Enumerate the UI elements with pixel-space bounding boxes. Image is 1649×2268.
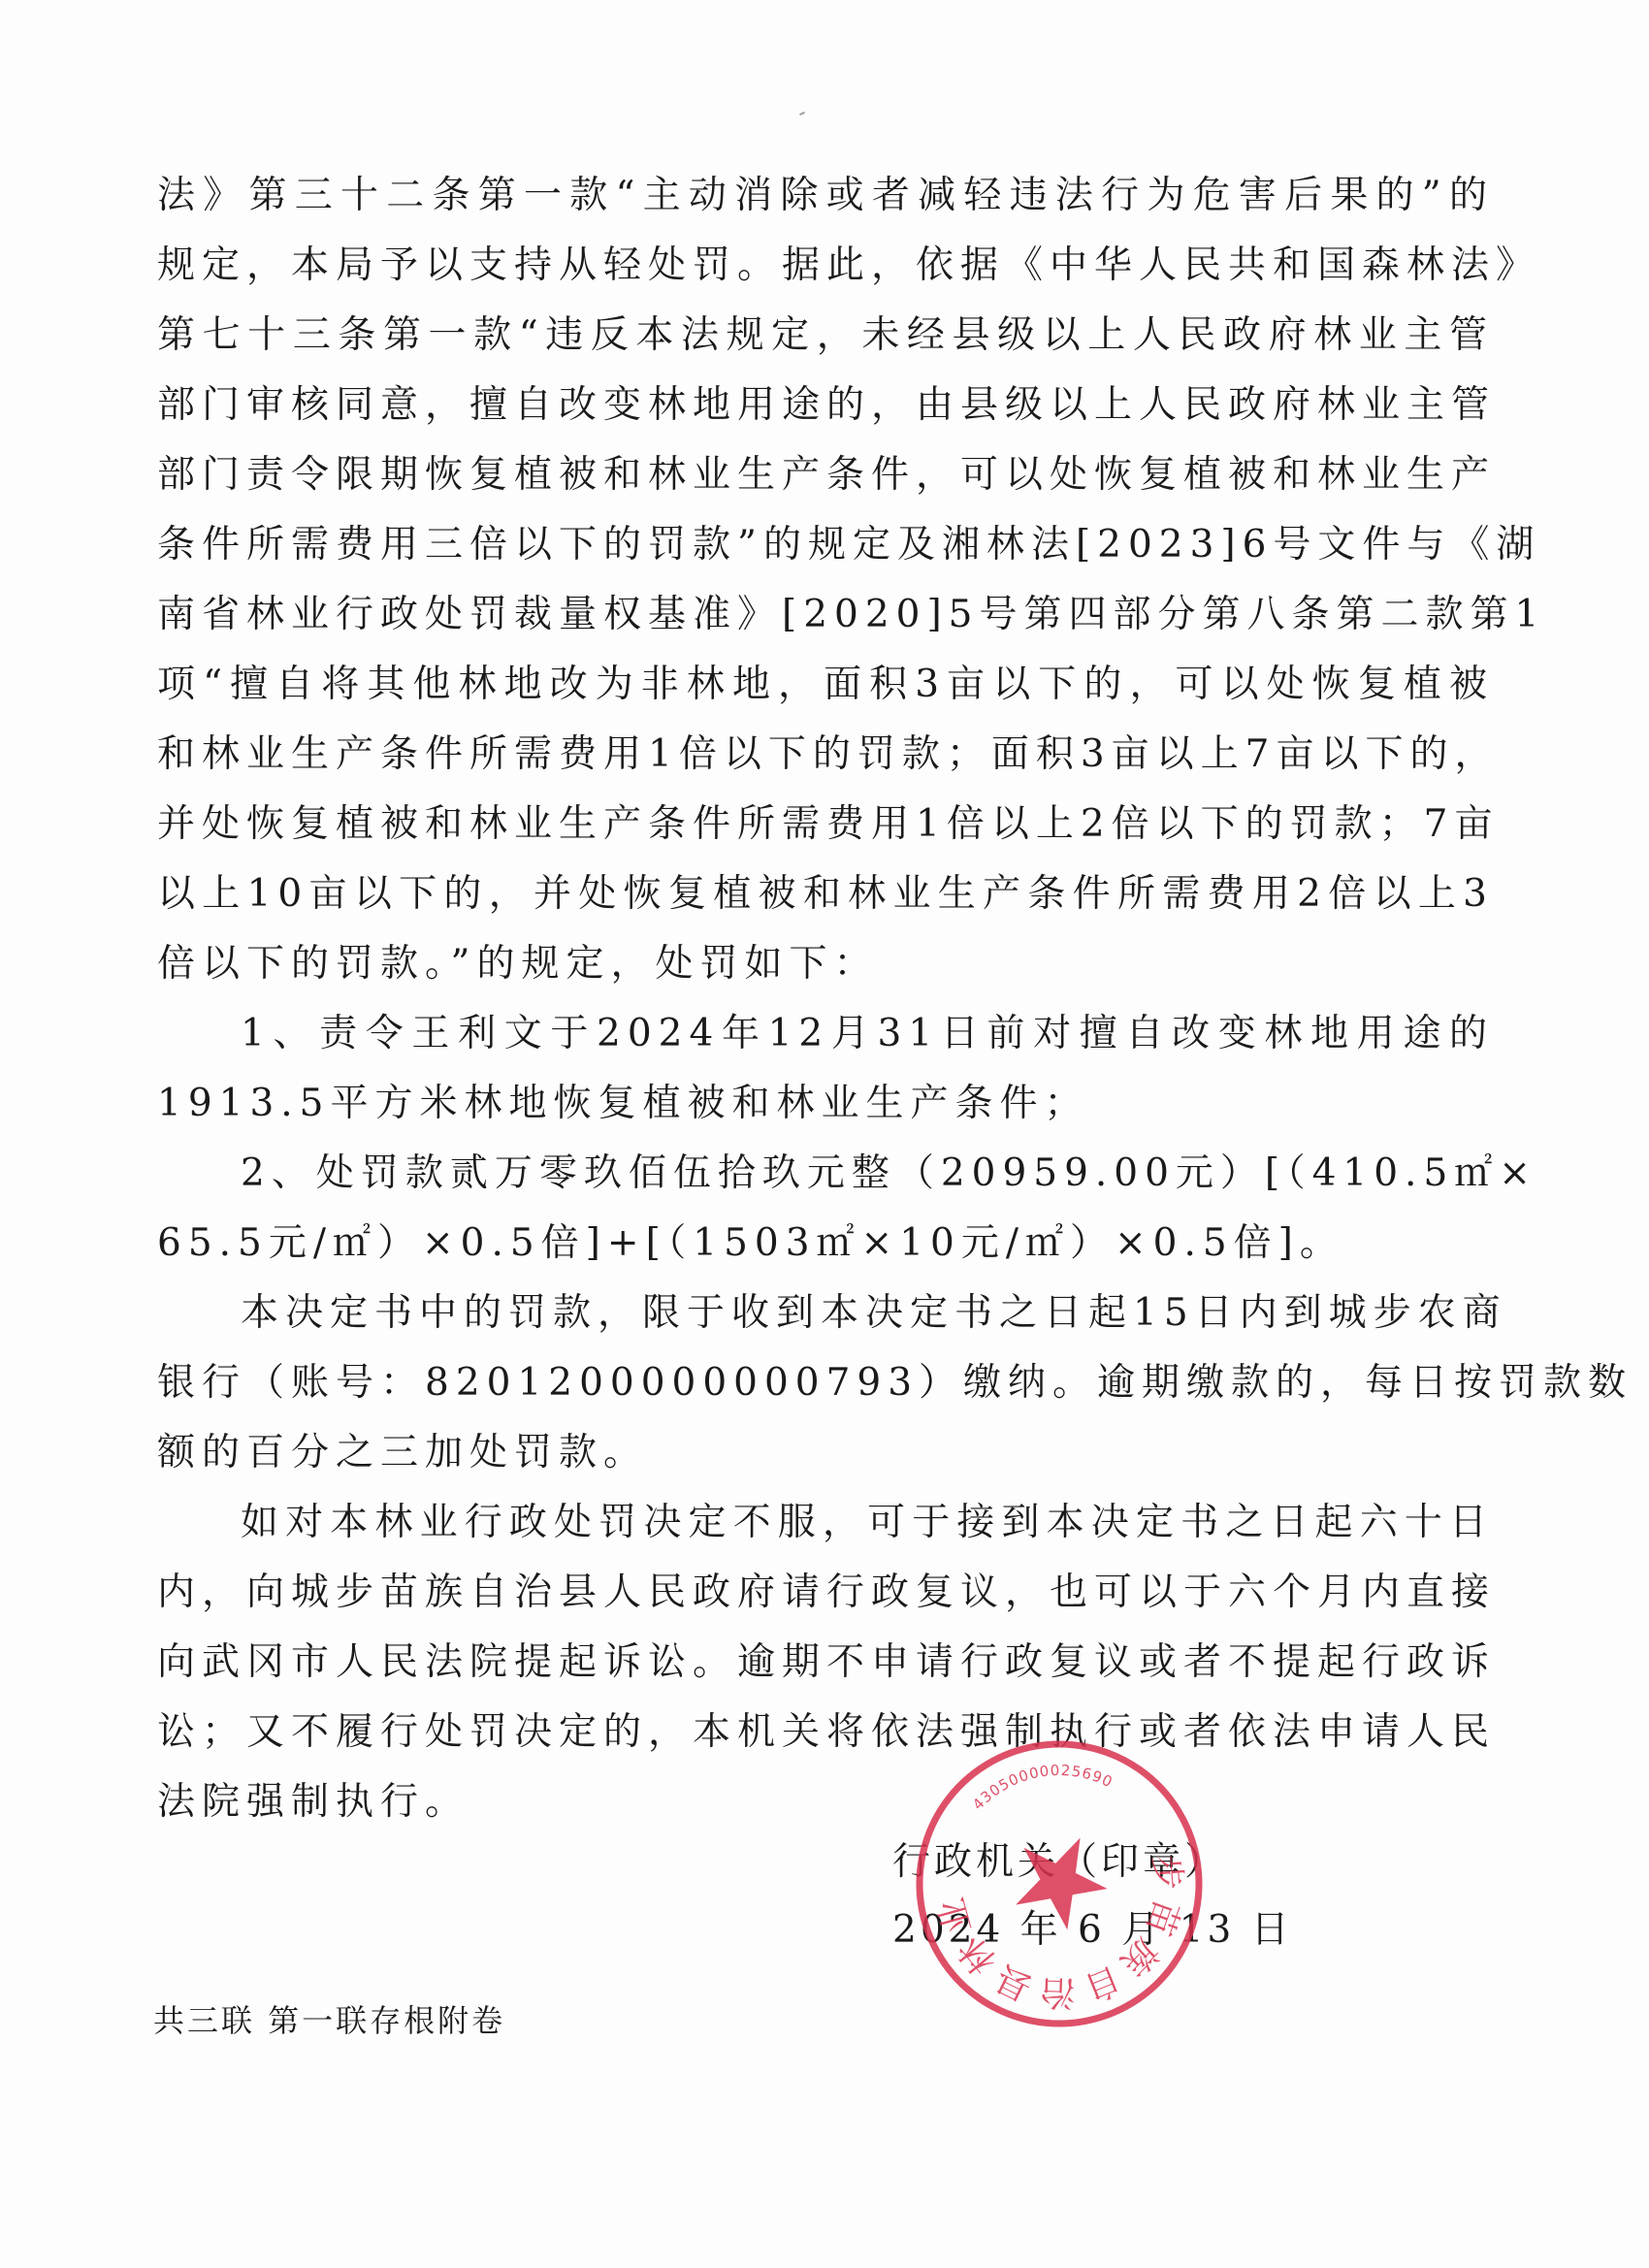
- signature-org-label: 行政机关（印章）: [892, 1831, 1280, 1886]
- paragraph-line: 规定，本局予以支持从轻处罚。据此，依据《中华人民共和国森林法》: [157, 231, 1494, 301]
- penalty-item-1: 1、责令王利文于2024年12月31日前对擅自改变林地用途的: [157, 999, 1494, 1069]
- signature-date: 2024 年 6 月 13 日: [892, 1899, 1280, 1954]
- scan-artifact: [799, 112, 805, 115]
- appeal-paragraph-line: 向武冈市人民法院提起诉讼。逾期不申请行政复议或者不提起行政诉: [157, 1628, 1494, 1698]
- appeal-paragraph-line: 讼；又不履行处罚决定的，本机关将依法强制执行或者依法申请人民: [157, 1698, 1494, 1767]
- paragraph-line: 以上10亩以下的，并处恢复植被和林业生产条件所需费用2倍以上3: [157, 859, 1494, 929]
- paragraph-line: 第七十三条第一款“违反本法规定，未经县级以上人民政府林业主管: [157, 301, 1494, 371]
- paragraph-line: 部门责令限期恢复植被和林业生产条件，可以处恢复植被和林业生产: [157, 440, 1494, 510]
- penalty-item-2: 2、处罚款贰万零玖佰伍拾玖元整（20959.00元）[（410.5㎡×: [157, 1139, 1494, 1209]
- payment-paragraph-line: 额的百分之三加处罚款。: [157, 1418, 1494, 1488]
- penalty-item-1-cont: 1913.5平方米林地恢复植被和林业生产条件；: [157, 1069, 1494, 1139]
- paragraph-line: 并处恢复植被和林业生产条件所需费用1倍以上2倍以下的罚款；7亩: [157, 790, 1494, 859]
- paragraph-line: 法》第三十二条第一款“主动消除或者减轻违法行为危害后果的”的: [157, 161, 1494, 231]
- document-body: 法》第三十二条第一款“主动消除或者减轻违法行为危害后果的”的 规定，本局予以支持…: [157, 161, 1494, 1837]
- appeal-paragraph-line: 法院强制执行。: [157, 1767, 1494, 1837]
- penalty-item-2-cont: 65.5元/㎡）×0.5倍]+[（1503㎡×10元/㎡）×0.5倍]。: [157, 1209, 1494, 1279]
- paragraph-line: 条件所需费用三倍以下的罚款”的规定及湘林法[2023]6号文件与《湖: [157, 510, 1494, 580]
- payment-paragraph-line: 银行（账号：8201200000000793）缴纳。逾期缴款的，每日按罚款数: [157, 1348, 1494, 1418]
- payment-paragraph: 本决定书中的罚款，限于收到本决定书之日起15日内到城步农商: [157, 1279, 1494, 1348]
- footer-copy-note: 共三联 第一联存根附卷: [153, 1996, 505, 2041]
- appeal-paragraph-line: 内，向城步苗族自治县人民政府请行政复议，也可以于六个月内直接: [157, 1558, 1494, 1628]
- paragraph-line: 倍以下的罚款。”的规定，处罚如下：: [157, 929, 1494, 999]
- appeal-paragraph: 如对本林业行政处罚决定不服，可于接到本决定书之日起六十日: [157, 1488, 1494, 1558]
- paragraph-line: 部门审核同意，擅自改变林地用途的，由县级以上人民政府林业主管: [157, 371, 1494, 440]
- paragraph-line: 项“擅自将其他林地改为非林地，面积3亩以下的，可以处恢复植被: [157, 650, 1494, 720]
- paragraph-line: 和林业生产条件所需费用1倍以下的罚款；面积3亩以上7亩以下的，: [157, 720, 1494, 790]
- paragraph-line: 南省林业行政处罚裁量权基准》[2020]5号第四部分第八条第二款第1: [157, 580, 1494, 650]
- document-page: 法》第三十二条第一款“主动消除或者减轻违法行为危害后果的”的 规定，本局予以支持…: [0, 0, 1649, 2268]
